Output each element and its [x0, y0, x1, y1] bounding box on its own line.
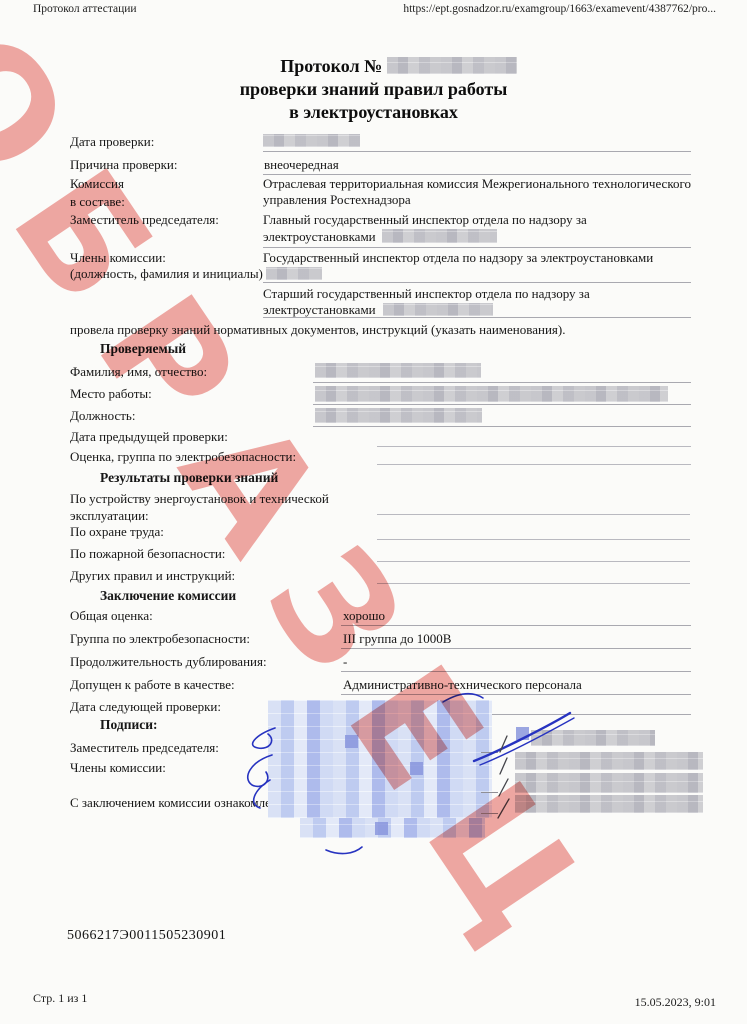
- commission-label-1: Комиссия: [70, 176, 124, 192]
- fio-redacted: [315, 363, 481, 378]
- result-energy-label: По устройству энергоустановок и техничес…: [70, 490, 382, 524]
- safety-group-underline: [341, 648, 691, 649]
- position-underline: [313, 426, 691, 427]
- pen-stroke-bottom: [326, 847, 362, 854]
- print-footer-page: Стр. 1 из 1: [33, 991, 87, 1006]
- date-check-redacted: [263, 134, 360, 147]
- workplace-label: Место работы:: [70, 386, 152, 402]
- pen-stroke-main-a: [474, 713, 570, 761]
- pen-signature-strokes: [230, 680, 650, 860]
- deputy-chair-label: Заместитель председателя:: [70, 212, 219, 228]
- section-results: Результаты проверки знаний: [100, 470, 278, 486]
- overall-grade-underline: [341, 625, 691, 626]
- commission-value-line1: Отраслевая территориальная комиссия Межр…: [263, 176, 691, 192]
- print-header-url: https://ept.gosnadzor.ru/examgroup/1663/…: [403, 3, 716, 15]
- reason-value: внеочередная: [264, 157, 339, 173]
- workplace-underline: [313, 404, 691, 405]
- overall-grade-label: Общая оценка:: [70, 608, 153, 624]
- section-conclusion: Заключение комиссии: [100, 588, 236, 604]
- slash-mark-3: [499, 779, 508, 796]
- overall-grade-value: хорошо: [343, 608, 385, 624]
- document-title-prefix: Протокол №: [280, 56, 382, 76]
- position-redacted: [315, 408, 482, 423]
- slash-mark-4: [498, 799, 509, 818]
- member2-name-redacted: [383, 303, 493, 316]
- commission-label-2: в составе:: [70, 194, 125, 210]
- deputy-chair-value-line2: электроустановками: [263, 229, 497, 245]
- deputy-underline: [263, 247, 691, 248]
- slash-mark-1: [500, 736, 507, 752]
- commission-value: Отраслевая территориальная комиссия Межр…: [263, 176, 691, 208]
- prev-check-date-label: Дата предыдущей проверки:: [70, 429, 228, 445]
- document-title-line2: проверки знаний правил работы: [0, 78, 747, 101]
- print-header-title: Протокол аттестации: [33, 3, 137, 15]
- result-other-underline: [377, 583, 690, 584]
- member2-value-line2: электроустановками: [263, 302, 493, 318]
- deputy-name-redacted: [382, 229, 497, 243]
- member1-value: Государственный инспектор отдела по надз…: [263, 250, 693, 266]
- section-examinee: Проверяемый: [100, 341, 186, 357]
- print-footer-datetime: 15.05.2023, 9:01: [635, 995, 716, 1010]
- fio-underline: [313, 382, 691, 383]
- safety-group-label: Группа по электробезопасности:: [70, 631, 250, 647]
- print-preview-page: Протокол аттестации https://ept.gosnadzo…: [0, 0, 747, 1024]
- deputy-chair-value-line2-text: электроустановками: [263, 229, 376, 244]
- document-title: Протокол № проверки знаний правил работы…: [0, 55, 747, 124]
- fio-label: Фамилия, имя, отчество:: [70, 364, 207, 380]
- member2-underline: [263, 317, 691, 318]
- reason-label: Причина проверки:: [70, 157, 178, 173]
- document-title-line1: Протокол №: [25, 55, 747, 78]
- duplication-underline: [341, 671, 691, 672]
- signature-members-label: Члены комиссии:: [70, 760, 166, 776]
- section-signatures: Подписи:: [100, 717, 158, 733]
- result-fire-label: По пожарной безопасности:: [70, 546, 225, 562]
- pen-curl-3: [254, 780, 270, 808]
- reason-underline: [263, 174, 691, 175]
- prev-check-date-underline: [377, 446, 691, 447]
- slash-mark-2: [500, 758, 507, 774]
- result-fire-underline: [377, 561, 690, 562]
- grade-group-underline: [377, 464, 691, 465]
- protocol-number-redacted: [387, 57, 517, 74]
- document-title-line3: в электроустановках: [0, 101, 747, 124]
- conducted-text: провела проверку знаний нормативных доку…: [70, 322, 670, 338]
- position-label: Должность:: [70, 408, 135, 424]
- safety-group-value: III группа до 1000В: [343, 631, 451, 647]
- admitted-label: Допущен к работе в качестве:: [70, 677, 235, 693]
- member1-underline: [263, 282, 691, 283]
- members-label-1: Члены комиссии:: [70, 250, 166, 266]
- commission-value-line2: управления Ростехнадзора: [263, 192, 411, 207]
- members-label-2: (должность, фамилия и инициалы): [70, 266, 263, 282]
- date-check-label: Дата проверки:: [70, 134, 154, 150]
- result-other-label: Других правил и инструкций:: [70, 568, 235, 584]
- grade-group-label: Оценка, группа по электробезопасности:: [70, 449, 296, 465]
- result-labor-underline: [377, 539, 690, 540]
- member2-value-line2-text: электроустановками: [263, 302, 376, 317]
- signature-deputy-label: Заместитель председателя:: [70, 740, 219, 756]
- document-number: 5066217Э0011505230901: [67, 928, 226, 944]
- member2-value-line1: Старший государственный инспектор отдела…: [263, 286, 590, 302]
- duplication-label: Продолжительность дублирования:: [70, 654, 267, 670]
- duplication-value: -: [343, 654, 347, 670]
- deputy-chair-value-line1: Главный государственный инспектор отдела…: [263, 212, 587, 228]
- pen-stroke-main-b: [480, 718, 574, 765]
- workplace-redacted: [315, 386, 668, 402]
- result-energy-underline: [377, 514, 690, 515]
- next-check-date-label: Дата следующей проверки:: [70, 699, 221, 715]
- member1-name-redacted: [266, 267, 322, 280]
- date-check-underline: [263, 151, 691, 152]
- result-labor-label: По охране труда:: [70, 524, 164, 540]
- pen-flourish-top: [443, 694, 483, 702]
- pen-curl-1: [253, 728, 275, 748]
